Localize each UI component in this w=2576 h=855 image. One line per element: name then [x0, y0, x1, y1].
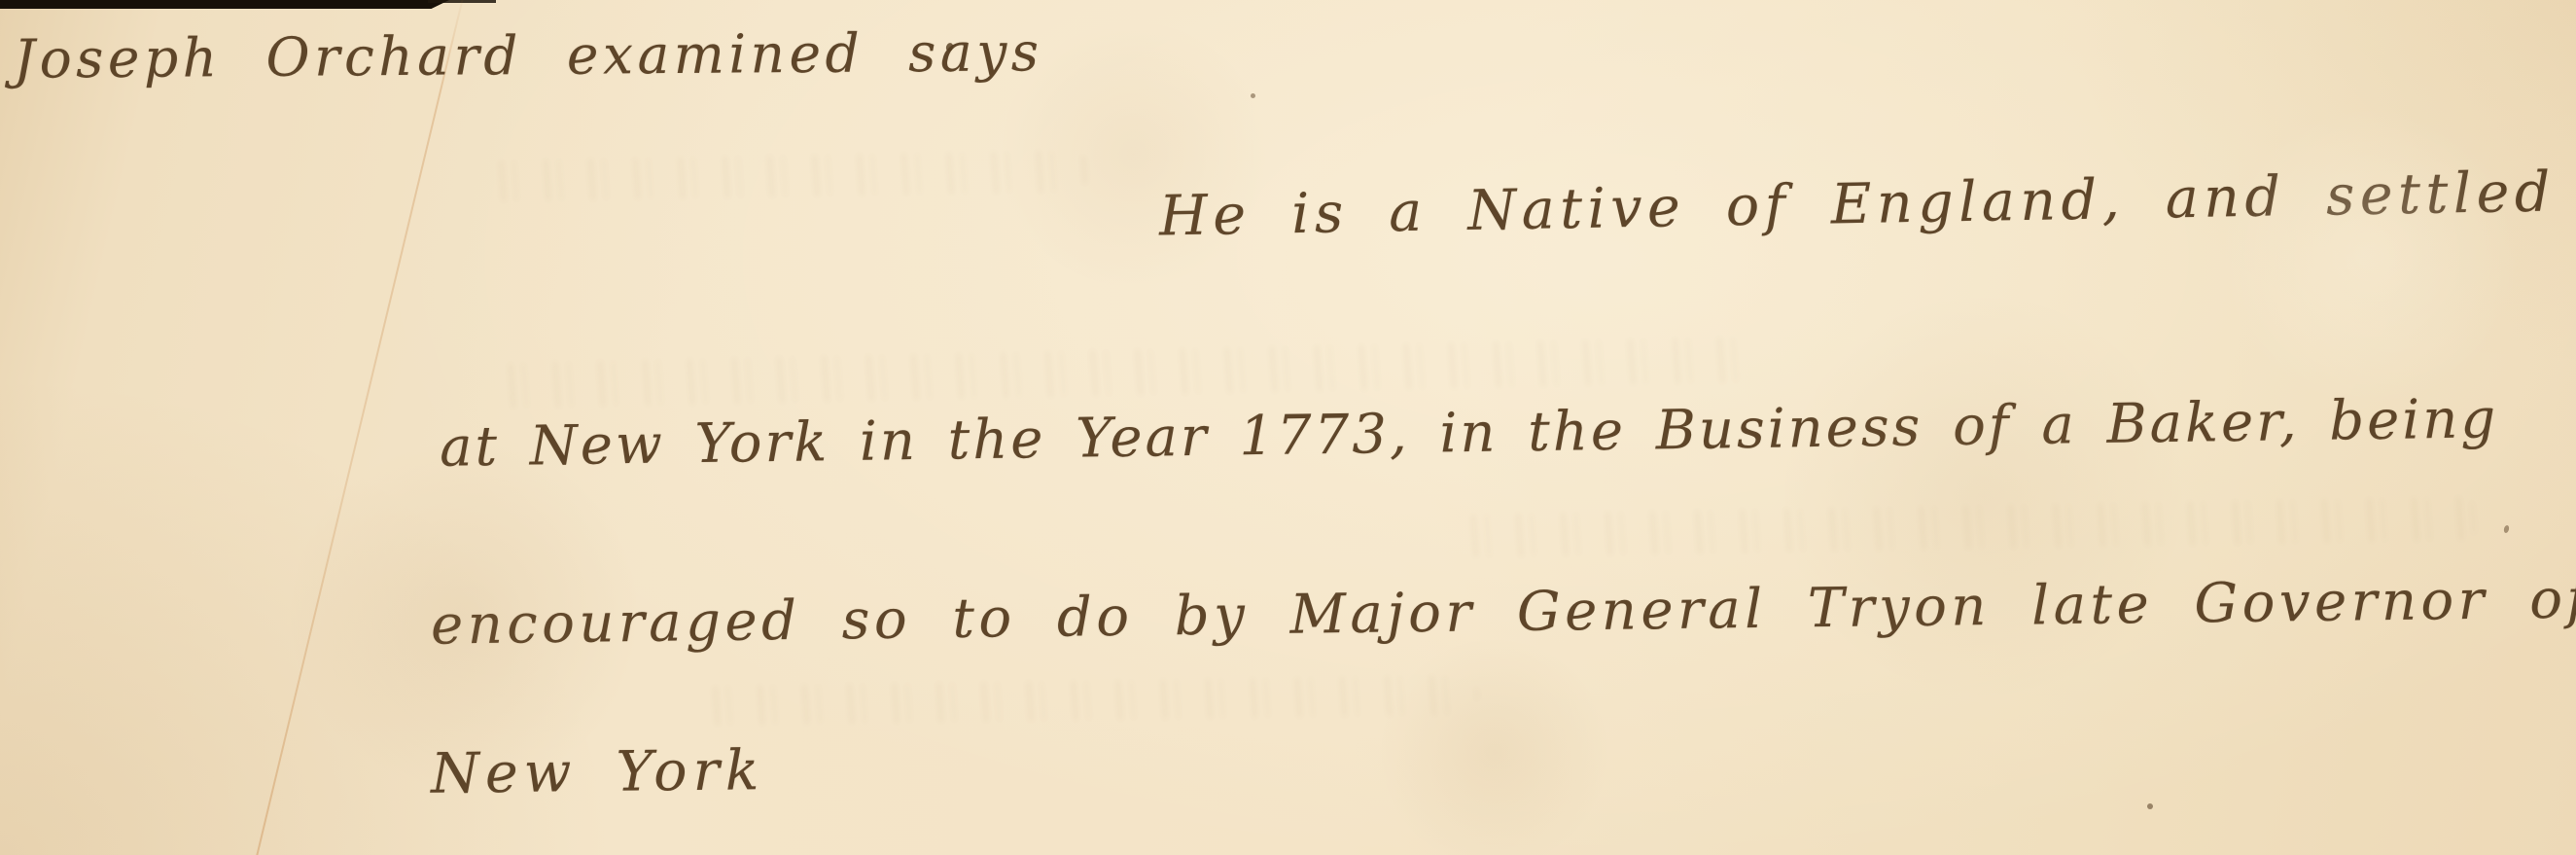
ink-bleedthrough	[486, 151, 1090, 202]
scan-edge-artifact	[0, 0, 449, 9]
ink-bleedthrough	[496, 337, 1761, 408]
manuscript-line-3: at New York in the Year 1773, in the Bus…	[440, 392, 2499, 476]
ink-speck	[1251, 93, 1255, 98]
manuscript-line-2: He is a Native of England, and settled	[1159, 164, 2557, 244]
manuscript-page: Joseph Orchard examined says He is a Nat…	[0, 0, 2576, 855]
paper-fold-line	[256, 0, 467, 855]
manuscript-line-1: Joseph Orchard examined says	[14, 25, 1043, 86]
ink-speck	[2147, 803, 2153, 809]
ink-bleedthrough	[1459, 497, 2481, 557]
manuscript-line-4: encouraged so to do by Major General Try…	[431, 572, 2576, 653]
manuscript-line-5: New York	[431, 743, 765, 802]
ink-speck	[2503, 524, 2510, 533]
ink-bleedthrough	[700, 675, 1478, 725]
